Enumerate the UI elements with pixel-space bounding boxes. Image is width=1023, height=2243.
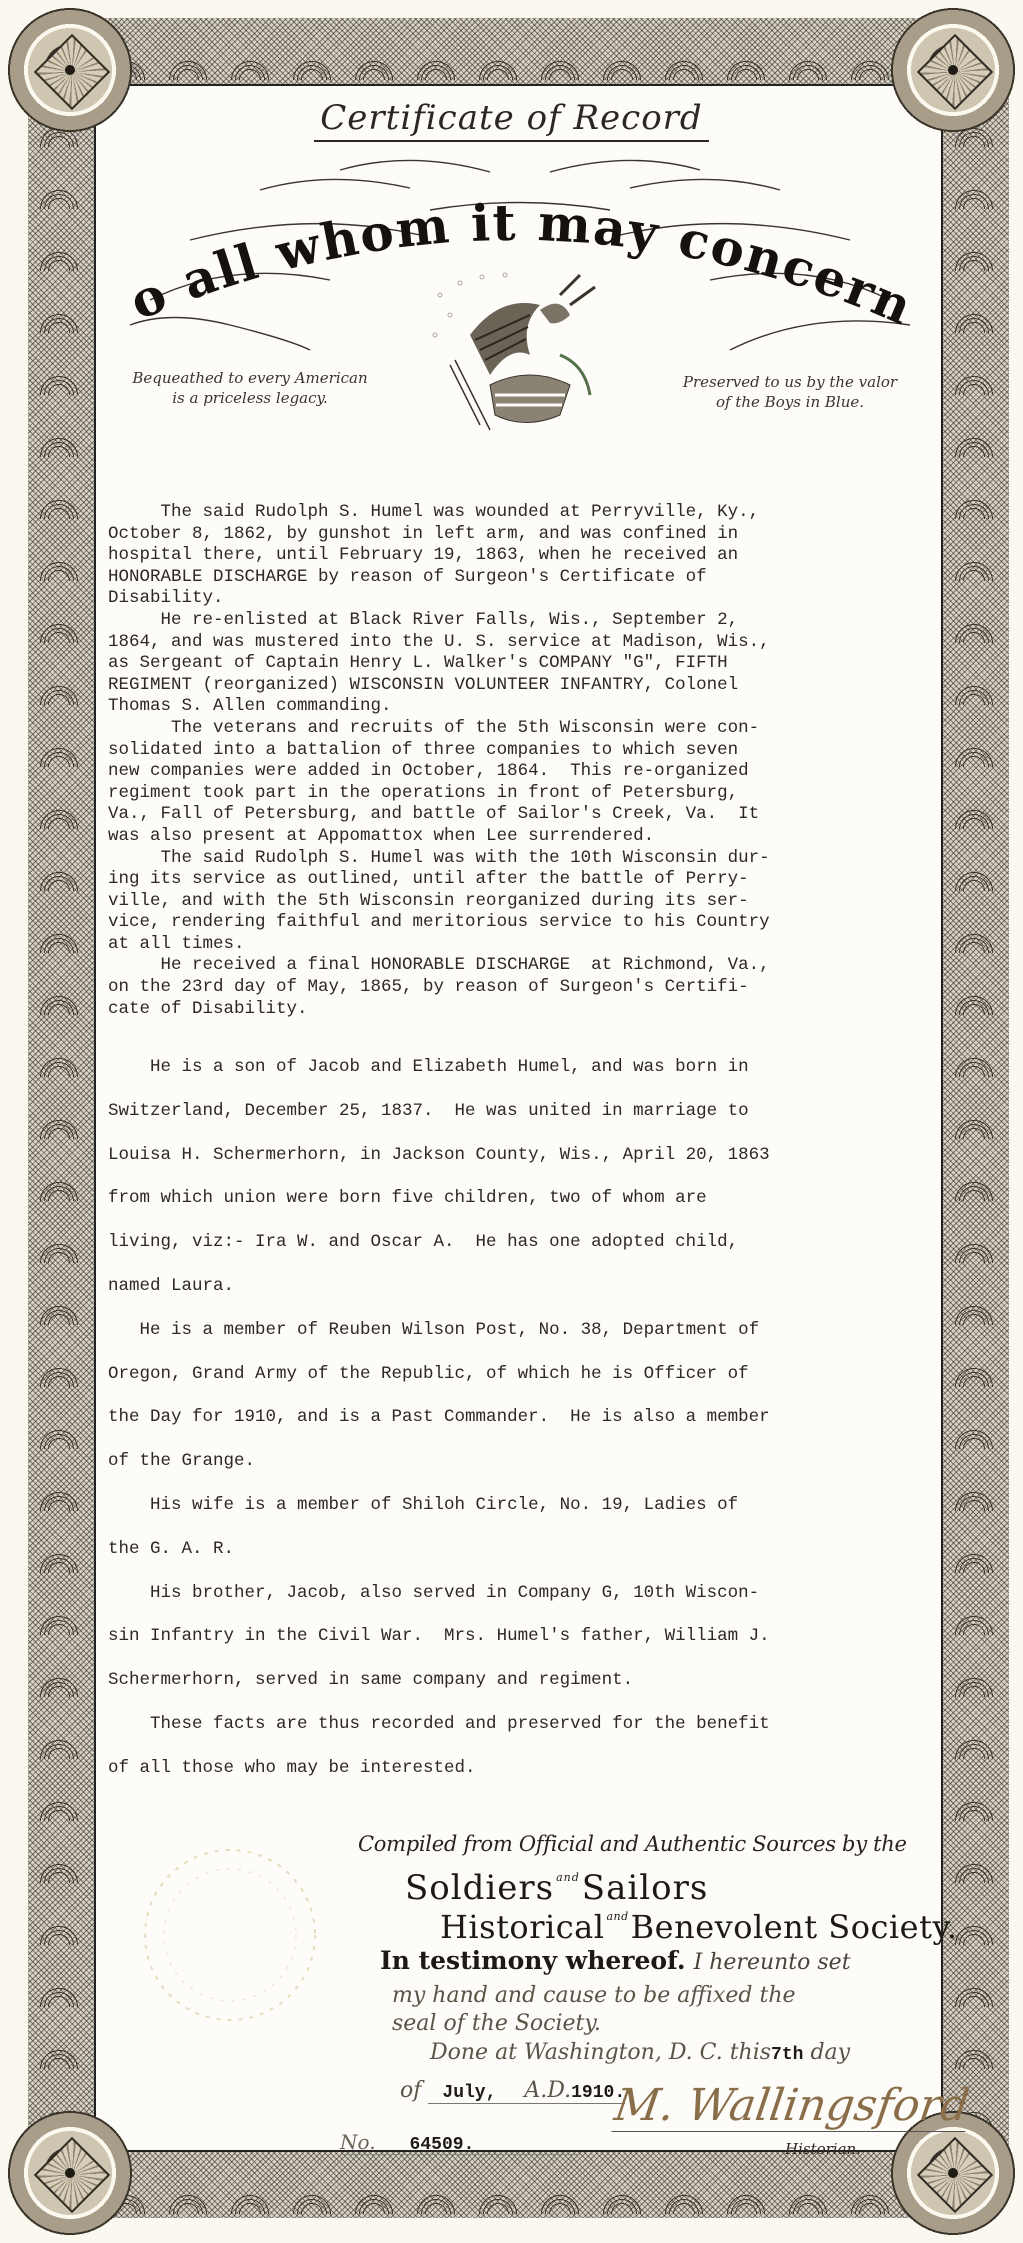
record-line: the Day for 1910, and is a Past Commande… <box>108 1396 938 1440</box>
ad-prefix: A.D. <box>524 2078 571 2103</box>
certificate-title: Certificate of Record <box>0 98 1023 138</box>
record-line: living, viz:- Ira W. and Oscar A. He has… <box>108 1221 938 1265</box>
motto-left-line: is a priceless legacy. <box>100 388 400 408</box>
month-field: July, A.D.1910. <box>428 2078 625 2104</box>
record-line: He is a member of Reuben Wilson Post, No… <box>108 1309 938 1353</box>
day-suffix: day <box>810 2040 850 2065</box>
motto-right: Preserved to us by the valor of the Boys… <box>640 372 940 412</box>
record-line: The said Rudolph S. Humel was with the 1… <box>108 848 938 870</box>
record-line: from which union were born five children… <box>108 1177 938 1221</box>
certificate-title-text: Certificate of Record <box>314 98 708 142</box>
family-record-text: He is a son of Jacob and Elizabeth Humel… <box>108 1046 938 1791</box>
record-line: The said Rudolph S. Humel was wounded at… <box>108 502 938 524</box>
eagle-emblem-icon <box>410 265 620 445</box>
motto-right-line: Preserved to us by the valor <box>640 372 940 392</box>
record-line: His wife is a member of Shiloh Circle, N… <box>108 1484 938 1528</box>
embossed-seal-icon <box>130 1830 330 2030</box>
done-prefix: Done at Washington, D. C. this <box>430 2040 771 2065</box>
signatory-title: Historian. <box>785 2140 861 2158</box>
record-line: Va., Fall of Petersburg, and battle of S… <box>108 804 938 826</box>
society-word: Sailors <box>582 1868 708 1908</box>
record-line: ville, and with the 5th Wisconsin reorga… <box>108 891 938 913</box>
record-line: as Sergeant of Captain Henry L. Walker's… <box>108 653 938 675</box>
number-prefix: No. <box>340 2130 376 2154</box>
record-line: October 8, 1862, by gunshot in left arm,… <box>108 524 938 546</box>
record-line: new companies were added in October, 186… <box>108 761 938 783</box>
record-line: Thomas S. Allen commanding. <box>108 696 938 718</box>
record-line: ing its service as outlined, until after… <box>108 869 938 891</box>
of-prefix: of <box>400 2078 421 2103</box>
testimony-heading: In testimony whereof. <box>380 1946 686 1975</box>
certificate-number-field: No.64509. <box>340 2130 580 2155</box>
record-line: He received a final HONORABLE DISCHARGE … <box>108 955 938 977</box>
record-line: He re-enlisted at Black River Falls, Wis… <box>108 610 938 632</box>
record-line: Switzerland, December 25, 1837. He was u… <box>108 1090 938 1134</box>
society-word: Historical <box>440 1908 604 1946</box>
society-word: Soldiers <box>405 1868 554 1908</box>
record-line: HONORABLE DISCHARGE by reason of Surgeon… <box>108 567 938 589</box>
record-line: Oregon, Grand Army of the Republic, of w… <box>108 1353 938 1397</box>
record-line: His brother, Jacob, also served in Compa… <box>108 1572 938 1616</box>
day-value: 7th <box>771 2045 803 2065</box>
border-right <box>941 85 1009 2150</box>
society-name-line-1: SoldiersandSailors <box>405 1868 708 1908</box>
motto-left-line: Bequeathed to every American <box>100 368 400 388</box>
motto-right-line: of the Boys in Blue. <box>640 392 940 412</box>
compiled-by-line: Compiled from Official and Authentic Sou… <box>358 1832 938 1856</box>
service-record-text: The said Rudolph S. Humel was wounded at… <box>108 502 938 1020</box>
record-line: named Laura. <box>108 1265 938 1309</box>
done-at-line: Done at Washington, D. C. this7th day <box>430 2040 850 2065</box>
motto-left: Bequeathed to every American is a pricel… <box>100 368 400 408</box>
record-line: sin Infantry in the Civil War. Mrs. Hume… <box>108 1615 938 1659</box>
record-line: 1864, and was mustered into the U. S. se… <box>108 632 938 654</box>
society-joiner: and <box>606 1910 628 1923</box>
record-line: the G. A. R. <box>108 1528 938 1572</box>
record-line: regiment took part in the operations in … <box>108 783 938 805</box>
corner-rosette-icon <box>5 2108 135 2238</box>
record-line: Louisa H. Schermerhorn, in Jackson Count… <box>108 1134 938 1178</box>
record-line: was also present at Appomattox when Lee … <box>108 826 938 848</box>
record-line: Disability. <box>108 588 938 610</box>
society-joiner: and <box>556 1871 580 1884</box>
record-line: hospital there, until February 19, 1863,… <box>108 545 938 567</box>
testimony-continuation: my hand and cause to be affixed the seal… <box>392 1982 940 2038</box>
record-line: Schermerhorn, served in same company and… <box>108 1659 938 1703</box>
society-word: Benevolent Society. <box>631 1908 958 1946</box>
testimony-script: I hereunto set <box>694 1950 851 1975</box>
record-line: He is a son of Jacob and Elizabeth Humel… <box>108 1046 938 1090</box>
month-value: July, <box>442 2083 496 2103</box>
record-line: solidated into a battalion of three comp… <box>108 740 938 762</box>
record-line: at all times. <box>108 934 938 956</box>
record-line: These facts are thus recorded and preser… <box>108 1703 938 1747</box>
border-left <box>28 85 96 2150</box>
certificate-number: 64509. <box>410 2135 475 2155</box>
record-line: REGIMENT (reorganized) WISCONSIN VOLUNTE… <box>108 675 938 697</box>
record-line: of the Grange. <box>108 1440 938 1484</box>
society-name-line-2: HistoricalandBenevolent Society. <box>440 1908 957 1946</box>
testimony-line: In testimony whereof. I hereunto set <box>380 1946 940 1975</box>
date-line: of July, A.D.1910. <box>400 2078 625 2104</box>
record-line: on the 23rd day of May, 1865, by reason … <box>108 977 938 999</box>
record-line: The veterans and recruits of the 5th Wis… <box>108 718 938 740</box>
border-top <box>95 18 940 86</box>
historian-signature: M. Wallingsford <box>611 2080 972 2132</box>
border-bottom <box>95 2150 940 2218</box>
record-line: cate of Disability. <box>108 999 938 1021</box>
record-line: vice, rendering faithful and meritorious… <box>108 912 938 934</box>
record-line: of all those who may be interested. <box>108 1747 938 1791</box>
